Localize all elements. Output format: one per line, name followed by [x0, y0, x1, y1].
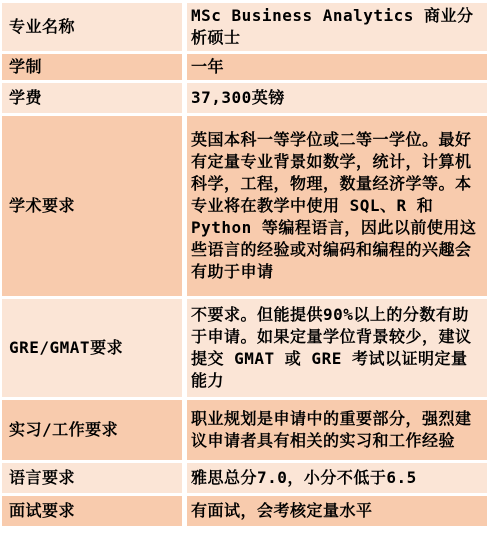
row-value-language-requirements: 雅思总分7.0，小分不低于6.5 [187, 463, 487, 496]
row-label-program-name: 专业名称 [2, 3, 187, 54]
row-label-interview-requirements: 面试要求 [2, 496, 187, 526]
row-label-work-experience-requirements: 实习/工作要求 [2, 400, 187, 463]
table-body: 专业名称 MSc Business Analytics 商业分析硕士 学制 一年… [2, 3, 487, 526]
table-row: 学费 37,300英镑 [2, 83, 487, 116]
table-row: 语言要求 雅思总分7.0，小分不低于6.5 [2, 463, 487, 496]
table-row: 学术要求 英国本科一等学位或二等一学位。最好有定量专业背景如数学，统计，计算机科… [2, 116, 487, 299]
table-row: 面试要求 有面试，会考核定量水平 [2, 496, 487, 526]
row-label-duration: 学制 [2, 54, 187, 83]
row-label-gre-gmat-requirements: GRE/GMAT要求 [2, 299, 187, 400]
row-value-duration: 一年 [187, 54, 487, 83]
row-label-tuition: 学费 [2, 83, 187, 116]
page: 专业名称 MSc Business Analytics 商业分析硕士 学制 一年… [0, 0, 494, 540]
row-value-work-experience-requirements: 职业规划是申请中的重要部分，强烈建议申请者具有相关的实习和工作经验 [187, 400, 487, 463]
table-row: GRE/GMAT要求 不要求。但能提供90%以上的分数有助于申请。如果定量学位背… [2, 299, 487, 400]
table-row: 实习/工作要求 职业规划是申请中的重要部分，强烈建议申请者具有相关的实习和工作经… [2, 400, 487, 463]
table-row: 专业名称 MSc Business Analytics 商业分析硕士 [2, 3, 487, 54]
row-value-tuition: 37,300英镑 [187, 83, 487, 116]
program-requirements-table: 专业名称 MSc Business Analytics 商业分析硕士 学制 一年… [2, 3, 487, 526]
row-value-academic-requirements: 英国本科一等学位或二等一学位。最好有定量专业背景如数学，统计，计算机科学，工程，… [187, 116, 487, 299]
table-row: 学制 一年 [2, 54, 487, 83]
row-value-interview-requirements: 有面试，会考核定量水平 [187, 496, 487, 526]
row-value-gre-gmat-requirements: 不要求。但能提供90%以上的分数有助于申请。如果定量学位背景较少，建议提交 GM… [187, 299, 487, 400]
row-value-program-name: MSc Business Analytics 商业分析硕士 [187, 3, 487, 54]
row-label-academic-requirements: 学术要求 [2, 116, 187, 299]
row-label-language-requirements: 语言要求 [2, 463, 187, 496]
